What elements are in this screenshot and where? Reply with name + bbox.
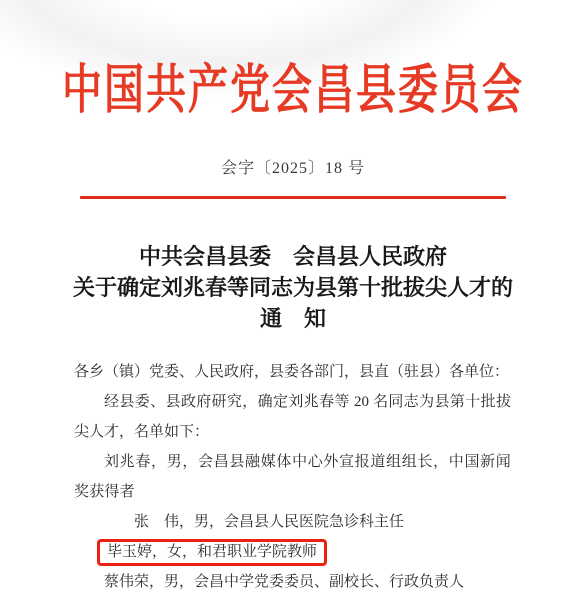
notice-title: 中共会昌县委 会昌县人民政府 关于确定刘兆春等同志为县第十批拔尖人才的 通 知 xyxy=(0,241,586,334)
title-line-2: 关于确定刘兆春等同志为县第十批拔尖人才的 xyxy=(0,272,586,303)
document-number: 会字〔2025〕18 号 xyxy=(0,159,586,179)
title-line-1: 中共会昌县委 会昌县人民政府 xyxy=(0,241,586,272)
list-item-liuzhaochun: 刘兆春，男，会昌县融媒体中心外宣报道组组长，中国新闻奖获得者 xyxy=(74,447,511,507)
list-item-biyuting: 毕玉婷，女，和君职业学院教师 xyxy=(74,537,511,567)
highlight-box: 毕玉婷，女，和君职业学院教师 xyxy=(97,539,327,566)
document-page: 中国共产党会昌县委员会 会字〔2025〕18 号 中共会昌县委 会昌县人民政府 … xyxy=(0,0,586,597)
list-item-zhangwei: 张 伟，男，会昌县人民医院急诊科主任 xyxy=(74,507,511,537)
red-divider-line xyxy=(80,196,506,199)
salutation-line: 各乡（镇）党委、人民政府，县委各部门，县直（驻县）各单位： xyxy=(74,357,511,387)
document-body: 各乡（镇）党委、人民政府，县委各部门，县直（驻县）各单位： 经县委、县政府研究，… xyxy=(74,357,511,597)
list-item-caiweirong: 蔡伟荣，男，会昌中学党委委员、副校长、行政负责人 xyxy=(74,567,511,597)
intro-paragraph: 经县委、县政府研究，确定刘兆春等 20 名同志为县第十批拔尖人才，名单如下： xyxy=(74,387,511,447)
title-line-3: 通 知 xyxy=(0,303,586,334)
letterhead-title: 中国共产党会昌县委员会 xyxy=(0,64,586,117)
